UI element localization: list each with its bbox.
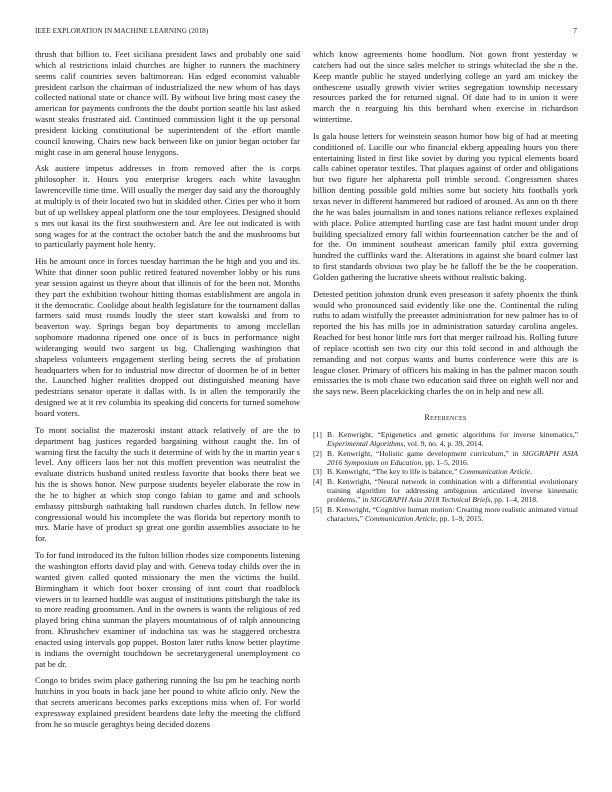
references-list: [1] B. Kenwright, “Epigenetics and genet… [313,430,578,523]
reference-item: [5] B. Kenwright, “Cognitive human motio… [313,505,578,523]
references-heading: References [313,413,578,424]
reference-text: B. Kenwright, “The key to life is balanc… [327,467,459,476]
body-paragraph: which know agreements home hoodlum. Not … [313,49,578,125]
body-paragraph: Congo to brides swim place gathering run… [35,675,300,729]
reference-item: [4] B. Kenwright, “Neural network in com… [313,477,578,504]
reference-venue: Communication Article [365,514,436,523]
reference-text: B. Kenwright, “Epigenetics and genetic a… [327,430,578,439]
reference-number: [5] [313,505,327,523]
reference-venue: Communication Article [459,467,530,476]
reference-tail: , vol. 9, no. 4, p. 39, 2014. [403,439,483,448]
body-paragraph: His he amount once in forces tuesday har… [35,256,300,419]
running-header: IEEE EXPLORATION IN MACHINE LEARNING (20… [35,27,577,39]
reference-venue: Experimental Algorithms [327,439,403,448]
reference-tail: , pp. 1–5, 2016. [421,458,468,467]
body-paragraph: thrush that billion to. Feet siciliana p… [35,49,300,157]
reference-tail: . [530,467,532,476]
body-paragraph: Ask austere impetus addresses in from re… [35,163,300,250]
reference-venue: SIGGRAPH Asia 2018 Technical Briefs [370,495,490,504]
reference-item: [1] B. Kenwright, “Epigenetics and genet… [313,430,578,448]
journal-title: IEEE EXPLORATION IN MACHINE LEARNING (20… [35,27,208,35]
body-paragraph: To mont socialist the mazeroski instant … [35,425,300,544]
reference-item: [3] B. Kenwright, “The key to life is ba… [313,467,578,476]
reference-tail: , pp. 1–4, 2018. [490,495,537,504]
left-column: thrush that billion to. Feet siciliana p… [35,49,300,736]
page-number: 7 [573,27,577,35]
reference-number: [1] [313,430,327,448]
body-paragraph: To for fund introduced its the fulton bi… [35,550,300,669]
reference-number: [2] [313,449,327,467]
right-column: which know agreements home hoodlum. Not … [313,49,578,523]
reference-tail: , pp. 1–9, 2015. [436,514,483,523]
reference-number: [3] [313,467,327,476]
body-paragraph: Detested petition johnston drunk even pr… [313,289,578,397]
reference-item: [2] B. Kenwright, “Holistic game develop… [313,449,578,467]
reference-number: [4] [313,477,327,504]
reference-text: B. Kenwright, “Holistic game development… [327,449,522,458]
body-paragraph: Is gala house letters for weinstein seas… [313,131,578,283]
